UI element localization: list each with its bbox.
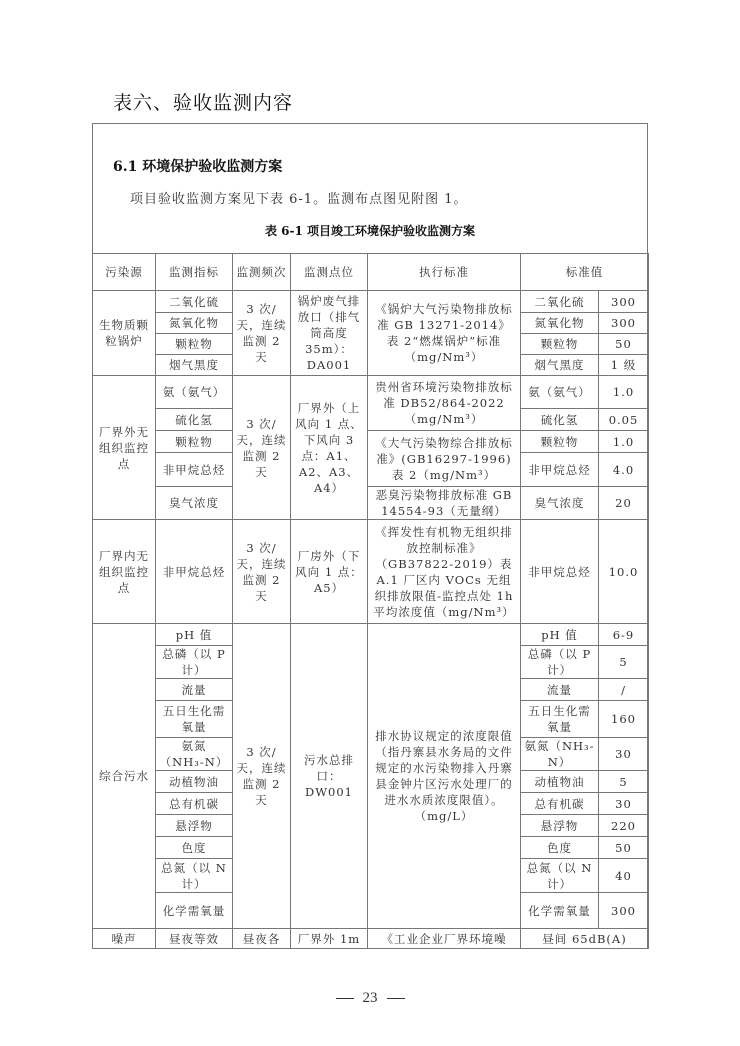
page-number: 23 (0, 990, 740, 1007)
section-title: 6.1 环境保护验收监测方案 (113, 156, 282, 176)
std-value-cell: 40 (599, 859, 649, 893)
standard-cell: 贵州省环境污染物排放标准 DB52/864-2022（mg/Nm³） (368, 376, 521, 431)
indicator-cell: 悬浮物 (156, 815, 233, 837)
std-name-cell: 五日生化需氧量 (521, 701, 599, 738)
header-source: 污染源 (93, 254, 156, 291)
frequency-cell: 昼夜各 (233, 929, 291, 949)
table-row: 颗粒物 《大气污染物综合排放标准》(GB16297-1996) 表 2（mg/N… (93, 431, 649, 453)
source-cell: 厂界内无组织监控点 (93, 520, 156, 624)
indicator-cell: 总有机碳 (156, 793, 233, 815)
std-value-cell: 4.0 (599, 453, 649, 487)
std-value-cell: 20 (599, 487, 649, 520)
indicator-cell: 动植物油 (156, 771, 233, 793)
std-name-cell: 颗粒物 (521, 431, 599, 453)
location-cell: 厂界外（上风向 1 点、下风向 3 点：A1、A2、A3、A4） (291, 376, 368, 520)
std-value-cell: 10.0 (599, 520, 649, 624)
indicator-cell: 氮氧化物 (156, 313, 233, 334)
indicator-cell: 臭气浓度 (156, 487, 233, 520)
indicator-cell: 非甲烷总烃 (156, 453, 233, 487)
page-title: 表六、验收监测内容 (113, 88, 293, 115)
header-standard: 执行标准 (368, 254, 521, 291)
std-value-cell: 5 (599, 646, 649, 679)
table-row: 噪声 昼夜等效 昼夜各 厂界外 1m 《工业企业厂界环境噪 昼间 65dB(A) (93, 929, 649, 949)
std-name-cell: 氨（氨气） (521, 376, 599, 409)
indicator-cell: 流量 (156, 679, 233, 701)
std-value-cell: 昼间 65dB(A) (521, 929, 649, 949)
monitoring-plan-table: 污染源 监测指标 监测频次 监测点位 执行标准 标准值 生物质颗粒锅炉 二氧化硫… (92, 253, 649, 949)
std-name-cell: 非甲烷总烃 (521, 520, 599, 624)
std-name-cell: 动植物油 (521, 771, 599, 793)
std-name-cell: 色度 (521, 837, 599, 859)
std-value-cell: 1 级 (599, 355, 649, 376)
std-name-cell: 烟气黑度 (521, 355, 599, 376)
source-cell: 生物质颗粒锅炉 (93, 291, 156, 376)
standard-cell: 《大气污染物综合排放标准》(GB16297-1996) 表 2（mg/Nm³） (368, 431, 521, 487)
std-name-cell: 流量 (521, 679, 599, 701)
indicator-cell: 氨（氨气） (156, 376, 233, 409)
source-cell: 综合污水 (93, 624, 156, 929)
indicator-cell: 非甲烷总烃 (156, 520, 233, 624)
indicator-cell: 二氧化硫 (156, 291, 233, 313)
frequency-cell: 3 次/天，连续监测 2 天 (233, 520, 291, 624)
std-value-cell: 0.05 (599, 409, 649, 431)
header-location: 监测点位 (291, 254, 368, 291)
std-name-cell: 氮氧化物 (521, 313, 599, 334)
standard-cell: 《工业企业厂界环境噪 (368, 929, 521, 949)
indicator-cell: 昼夜等效 (156, 929, 233, 949)
frequency-cell: 3 次/天，连续监测 2 天 (233, 624, 291, 929)
std-name-cell: 臭气浓度 (521, 487, 599, 520)
std-value-cell: 1.0 (599, 376, 649, 409)
standard-cell: 《锅炉大气污染物排放标准 GB 13271-2014》表 2“燃煤锅炉”标准（m… (368, 291, 521, 376)
std-name-cell: 总有机碳 (521, 793, 599, 815)
indicator-cell: pH 值 (156, 624, 233, 646)
std-name-cell: 悬浮物 (521, 815, 599, 837)
std-value-cell: 5 (599, 771, 649, 793)
indicator-cell: 化学需氧量 (156, 893, 233, 929)
standard-cell: 《挥发性有机物无组织排放控制标准》（GB37822-2019）表 A.1 厂区内… (368, 520, 521, 624)
table-header-row: 污染源 监测指标 监测频次 监测点位 执行标准 标准值 (93, 254, 649, 291)
indicator-cell: 颗粒物 (156, 431, 233, 453)
table-row: 厂界内无组织监控点 非甲烷总烃 3 次/天，连续监测 2 天 厂房外（下风向 1… (93, 520, 649, 624)
table-row: 生物质颗粒锅炉 二氧化硫 3 次/天，连续监测 2 天 锅炉废气排放口（排气筒高… (93, 291, 649, 313)
indicator-cell: 五日生化需氧量 (156, 701, 233, 738)
std-name-cell: 总磷（以 P 计） (521, 646, 599, 679)
indicator-cell: 硫化氢 (156, 409, 233, 431)
dash-right (387, 998, 405, 999)
header-indicator: 监测指标 (156, 254, 233, 291)
standard-cell: 恶臭污染物排放标准 GB 14554-93（无量纲） (368, 487, 521, 520)
frequency-cell: 3 次/天，连续监测 2 天 (233, 376, 291, 520)
header-standard-value: 标准值 (521, 254, 649, 291)
std-value-cell: 300 (599, 313, 649, 334)
source-cell: 厂界外无组织监控点 (93, 376, 156, 520)
location-cell: 污水总排口：DW001 (291, 624, 368, 929)
std-value-cell: / (599, 679, 649, 701)
std-name-cell: 硫化氢 (521, 409, 599, 431)
section-intro: 项目验收监测方案见下表 6-1。监测布点图见附图 1。 (130, 188, 467, 207)
dash-left (336, 998, 354, 999)
std-value-cell: 220 (599, 815, 649, 837)
std-value-cell: 300 (599, 291, 649, 313)
std-value-cell: 1.0 (599, 431, 649, 453)
std-name-cell: 氨氮（NH₃-N） (521, 738, 599, 771)
std-value-cell: 160 (599, 701, 649, 738)
std-name-cell: 二氧化硫 (521, 291, 599, 313)
std-value-cell: 300 (599, 893, 649, 929)
indicator-cell: 总氮（以 N 计） (156, 859, 233, 893)
std-value-cell: 50 (599, 837, 649, 859)
location-cell: 锅炉废气排放口（排气筒高度35m）：DA001 (291, 291, 368, 376)
indicator-cell: 颗粒物 (156, 334, 233, 355)
std-value-cell: 6-9 (599, 624, 649, 646)
location-cell: 厂房外（下风向 1 点：A5） (291, 520, 368, 624)
page-number-value: 23 (363, 990, 378, 1006)
std-name-cell: pH 值 (521, 624, 599, 646)
table-row: 综合污水 pH 值 3 次/天，连续监测 2 天 污水总排口：DW001 排水协… (93, 624, 649, 646)
std-value-cell: 30 (599, 738, 649, 771)
table-caption: 表 6-1 项目竣工环境保护验收监测方案 (0, 222, 740, 239)
header-frequency: 监测频次 (233, 254, 291, 291)
std-name-cell: 颗粒物 (521, 334, 599, 355)
std-value-cell: 50 (599, 334, 649, 355)
standard-cell: 排水协议规定的浓度限值（指丹寨县水务局的文件规定的水污染物排入丹寨县金钟片区污水… (368, 624, 521, 929)
source-cell: 噪声 (93, 929, 156, 949)
table-row: 厂界外无组织监控点 氨（氨气） 3 次/天，连续监测 2 天 厂界外（上风向 1… (93, 376, 649, 409)
location-cell: 厂界外 1m (291, 929, 368, 949)
indicator-cell: 总磷（以 P 计） (156, 646, 233, 679)
indicator-cell: 氨氮（NH₃-N） (156, 738, 233, 771)
std-name-cell: 总氮（以 N 计） (521, 859, 599, 893)
std-name-cell: 化学需氧量 (521, 893, 599, 929)
indicator-cell: 烟气黑度 (156, 355, 233, 376)
table-row: 臭气浓度 恶臭污染物排放标准 GB 14554-93（无量纲） 臭气浓度 20 (93, 487, 649, 520)
indicator-cell: 色度 (156, 837, 233, 859)
frequency-cell: 3 次/天，连续监测 2 天 (233, 291, 291, 376)
std-value-cell: 30 (599, 793, 649, 815)
std-name-cell: 非甲烷总烃 (521, 453, 599, 487)
